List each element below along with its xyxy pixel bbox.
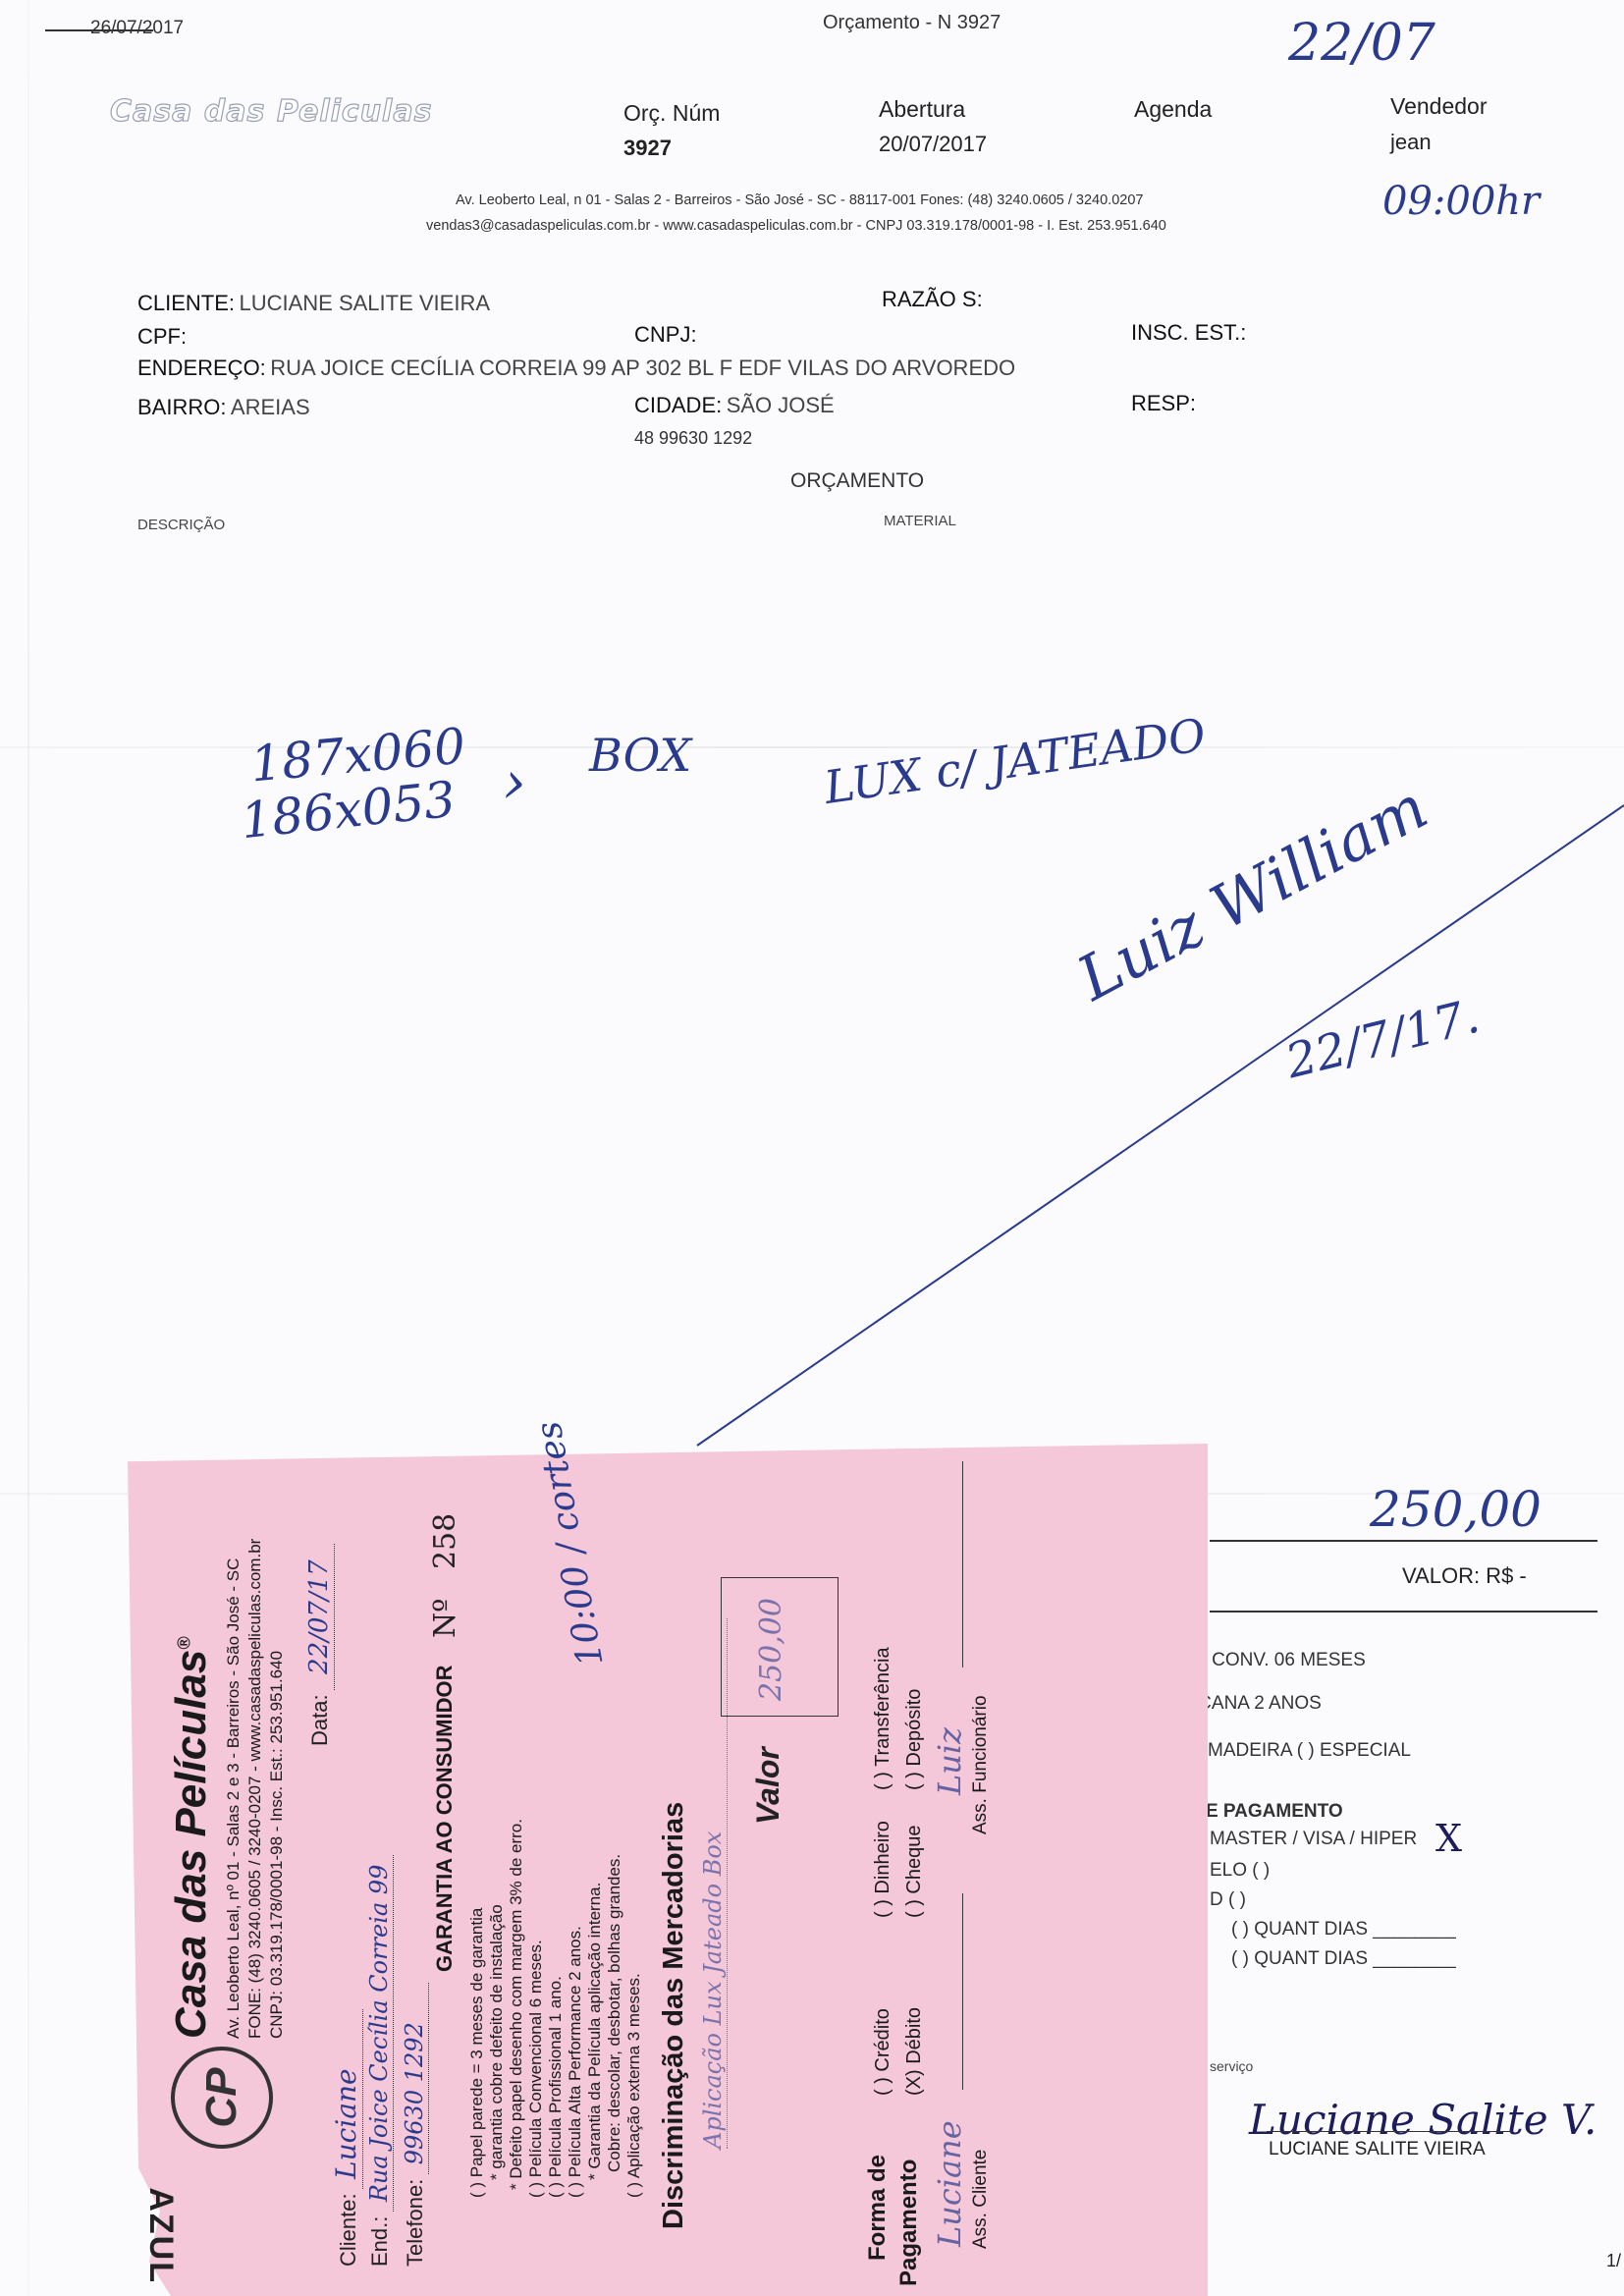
telefone-value: 99630 1292 — [401, 1983, 429, 2174]
valor-label: Valor — [750, 1747, 786, 1825]
forma-label-1: Forma de — [864, 2155, 892, 2261]
end-label: End.: — [367, 2216, 392, 2267]
pay-dinheiro[interactable]: ( ) Dinheiro — [872, 1821, 894, 1918]
guarantee-item: ( ) Aplicação externa 3 meses. — [624, 1973, 644, 2198]
pay-cheque[interactable]: ( ) Cheque — [903, 1826, 926, 1919]
funcionario-sig-line — [962, 1461, 963, 1667]
funcionario-signature: Luiz — [931, 1727, 968, 1795]
ass-funcionario-label: Ass. Funcionário — [970, 1695, 992, 1834]
brand-name: Casa das Películas — [167, 1650, 215, 2039]
end-value: Rua Joice Cecília Correia 99 — [365, 1855, 394, 2213]
forma-label-2: Pagamento — [895, 2159, 923, 2286]
telefone-label: Telefone: — [403, 2179, 427, 2267]
discriminacao-title: Discriminação das Mercadorias — [658, 1802, 690, 2229]
receipt-cliente-row: Cliente: Luciane — [330, 1805, 362, 2267]
signature-line — [1267, 2131, 1512, 2132]
handwritten-receipt-note: 10:00 / cortes — [528, 1418, 611, 1668]
receipt-address: Av. Leoberto Leal, nº 01 - Salas 2 e 3 -… — [224, 1558, 244, 2039]
data-value: 22/07/17 — [304, 1544, 335, 1690]
receipt-cnpj: CNPJ: 03.319.178/0001-98 - Insc. Est.: 2… — [267, 1651, 287, 2039]
guarantee-item: * Garantia da Película aplicação interna… — [585, 1883, 605, 2180]
ass-cliente-label: Ass. Cliente — [970, 2150, 992, 2249]
handwritten-total: 250,00 — [1370, 1481, 1542, 1538]
divider — [1210, 1540, 1597, 1542]
receipt-content: AZUL CP Casa das Películas® Av. Leoberto… — [137, 1444, 1218, 2296]
pay-credito[interactable]: ( ) Crédito — [872, 2008, 894, 2096]
option-madeira: MADEIRA ( ) ESPECIAL — [1208, 1740, 1411, 1762]
numero-value: 258 — [428, 1513, 462, 1569]
guarantee-item: ( ) Papel parede = 3 meses de garantia — [467, 1908, 487, 2198]
logo-glyph: CP — [197, 2067, 246, 2127]
pay-debito[interactable]: (X) Débito — [903, 2007, 926, 2096]
payment-quant-dias-1: ( ) QUANT DIAS ________ — [1231, 1919, 1456, 1941]
data-label: Data: — [307, 1694, 332, 1746]
valor-value: 250,00 — [754, 1598, 788, 1701]
client-printed-name: LUCIANE SALITE VIEIRA — [1269, 2139, 1486, 2160]
guarantee-item: * Defeito papel desenho com margem 3% de… — [507, 1819, 526, 2190]
cp-logo-icon: CP — [171, 2047, 273, 2149]
receipt-phone-site: FONE: (48) 3240.0605 / 3240-0207 - www.c… — [245, 1539, 265, 2039]
pay-transferencia[interactable]: ( ) Transferência — [872, 1647, 894, 1790]
payment-master-visa: MASTER / VISA / HIPER — [1210, 1829, 1417, 1850]
receipt-brand: Casa das Películas® — [167, 1636, 216, 2039]
payment-checked-mark: X — [1435, 1817, 1462, 1860]
payment-quant-dias-2: ( ) QUANT DIAS ________ — [1231, 1948, 1456, 1970]
guarantee-item: Cobre: descolar, desbotar, bolhas grande… — [605, 1854, 624, 2172]
guarantee-title: GARANTIA AO CONSUMIDOR — [432, 1666, 458, 1972]
valor-label: VALOR: R$ - — [1402, 1563, 1527, 1589]
guarantee-item: ( ) Película Alta Performance 2 anos. — [566, 1926, 585, 2198]
guarantee-item: ( ) Película Profissional 1 ano. — [546, 1976, 566, 2198]
cliente-sig-line — [962, 1893, 963, 2090]
registered-mark: ® — [174, 1636, 193, 1649]
guarantee-item: * garantia cobre defeito de instalação — [487, 1904, 507, 2180]
cliente-signature: Luciane — [931, 2120, 968, 2247]
cliente-value: Luciane — [330, 2009, 363, 2189]
copy-label: AZUL — [141, 2187, 180, 2284]
receipt-data-row: Data: 22/07/17 — [304, 1544, 334, 1746]
page-number: 1/ — [1606, 2251, 1621, 2271]
numero-label: Nº — [428, 1599, 462, 1638]
pay-deposito[interactable]: ( ) Depósito — [903, 1689, 926, 1790]
cliente-label: Cliente: — [336, 2193, 360, 2267]
client-signature: Luciane Salite V. — [1249, 2096, 1597, 2144]
payment-elo: ELO ( ) — [1210, 1860, 1270, 1882]
guarantee-item: ( ) Película Convencional 6 meses. — [526, 1940, 546, 2198]
divider — [1210, 1611, 1597, 1613]
receipt-end-row: End.: Rua Joice Cecília Correia 99 — [365, 1805, 393, 2267]
receipt-telefone-row: Telefone: 99630 1292 — [401, 1805, 428, 2267]
